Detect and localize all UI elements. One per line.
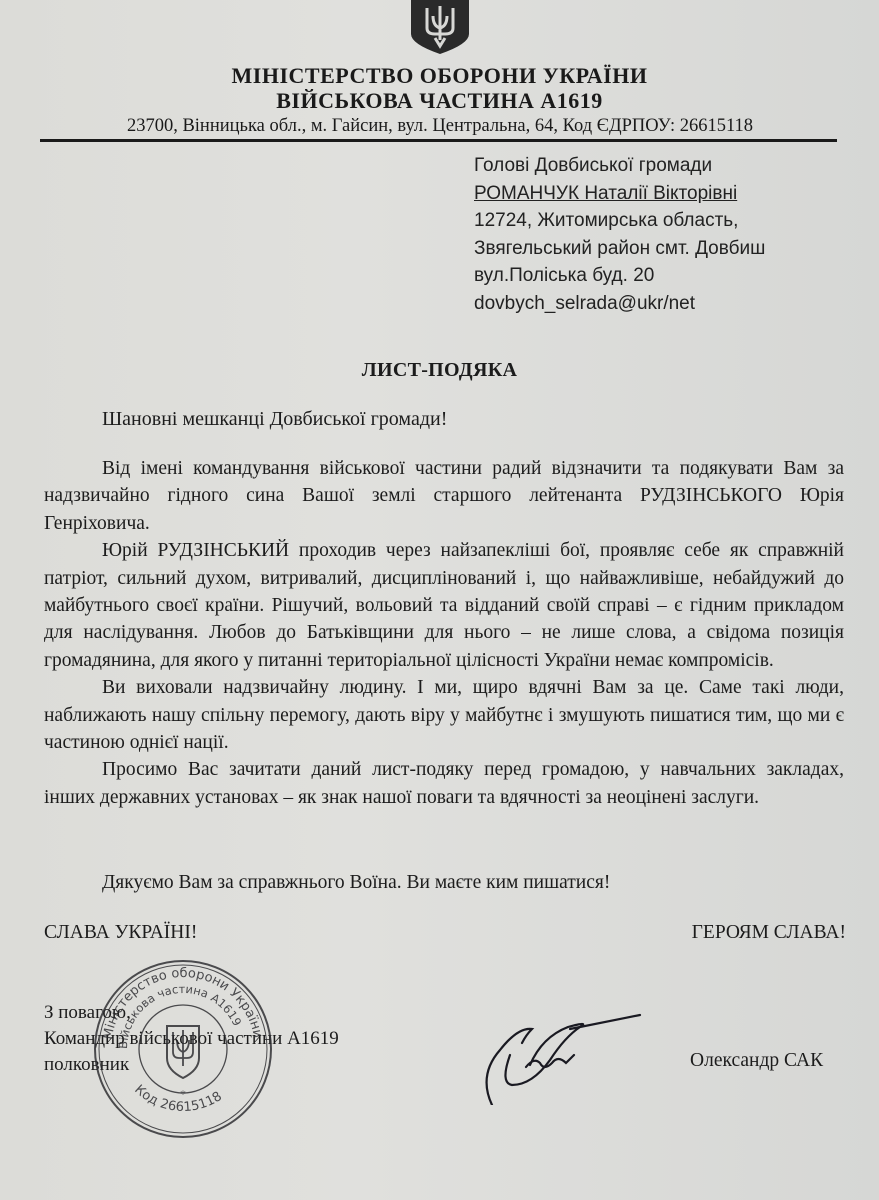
recipient-line: Звягельський район смт. Довбиш: [474, 235, 765, 263]
official-seal-icon: Міністерство оборони України Військова ч…: [92, 958, 274, 1140]
svg-text:Код 26615118: Код 26615118: [131, 1082, 224, 1115]
letter-title: ЛИСТ-ПОДЯКА: [0, 359, 879, 382]
handwritten-signature-icon: [470, 1005, 650, 1105]
signer-name: Олександр САК: [690, 1050, 823, 1072]
letter-page: МІНІСТЕРСТВО ОБОРОНИ УКРАЇНИ ВІЙСЬКОВА Ч…: [0, 0, 879, 1200]
trident-coat-of-arms-icon: [407, 0, 473, 54]
svg-text:*: *: [180, 1087, 186, 1101]
recipient-block: Голові Довбиської громади РОМАНЧУК Натал…: [474, 152, 765, 317]
recipient-line: вул.Поліська буд. 20: [474, 262, 765, 290]
recipient-name: РОМАНЧУК Наталії Вікторівні: [474, 180, 765, 208]
letter-body: Від імені командування військової частин…: [44, 455, 844, 811]
ministry-heading: МІНІСТЕРСТВО ОБОРОНИ УКРАЇНИ: [0, 63, 879, 89]
recipient-line: 12724, Житомирська область,: [474, 207, 765, 235]
sender-address: 23700, Вінницька обл., м. Гайсин, вул. Ц…: [60, 116, 820, 137]
recipient-line: Голові Довбиської громади: [474, 152, 765, 180]
header-divider: [40, 139, 837, 142]
slogan-left: СЛАВА УКРАЇНІ!: [44, 922, 197, 944]
paragraph: Від імені командування військової частин…: [44, 455, 844, 537]
paragraph: Ви виховали надзвичайну людину. І ми, щи…: [44, 674, 844, 756]
slogan-right: ГЕРОЯМ СЛАВА!: [692, 922, 846, 944]
paragraph: Просимо Вас зачитати даний лист-подяку п…: [44, 756, 844, 811]
unit-heading: ВІЙСЬКОВА ЧАСТИНА А1619: [0, 88, 879, 114]
recipient-email: dovbych_selrada@ukr/net: [474, 290, 765, 318]
closing-line: Дякуємо Вам за справжнього Воїна. Ви має…: [102, 872, 610, 894]
paragraph: Юрій РУДЗІНСЬКИЙ проходив через найзапек…: [44, 537, 844, 674]
stamp-bottom-text: Код 26615118: [131, 1082, 224, 1115]
greeting: Шановні мешканці Довбиської громади!: [102, 408, 447, 431]
